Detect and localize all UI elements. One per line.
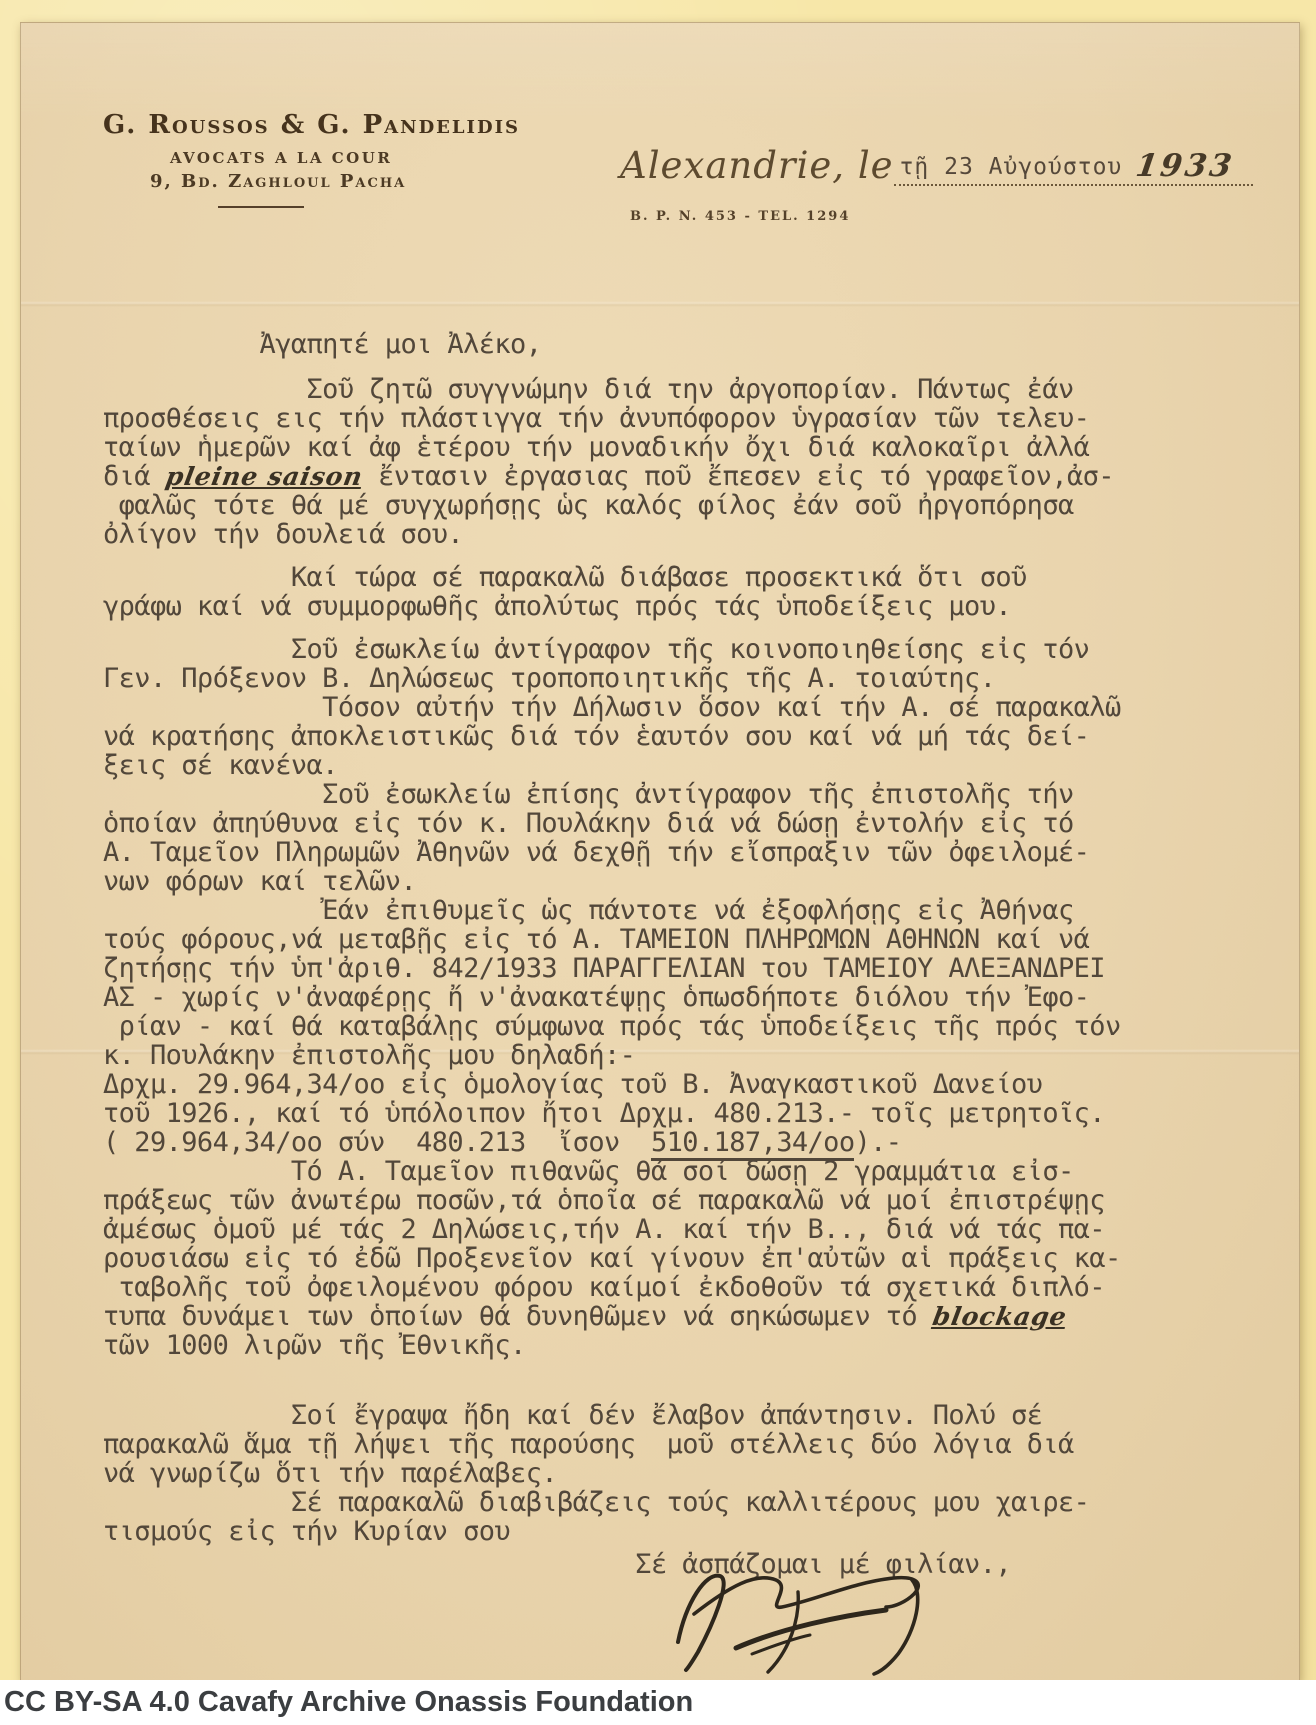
paragraph: Σοῦ ἐσωκλείω ἀντίγραφον τῆς κοινοποιηθεί…: [103, 635, 1121, 1360]
letterhead-profession: AVOCATS A LA COUR: [170, 149, 392, 167]
letterhead-divider: [218, 206, 304, 208]
letter-line: Τό Α. Ταμεῖον πιθανῶς θά σοί δώσῃ 2 γραμ…: [103, 1157, 1121, 1186]
letter-line: Σοῦ ἐσωκλείω ἀντίγραφον τῆς κοινοποιηθεί…: [103, 635, 1121, 664]
letter-line: ταβολῆς τοῦ ὀφειλομένου φόρου καίμοί ἐκδ…: [103, 1273, 1121, 1302]
letterhead-contact-line: B. P. N. 453 - TEL. 1294: [630, 209, 850, 224]
letter-line: Σοῦ ἐσωκλείω ἐπίσης ἀντίγραφον τῆς ἐπιστ…: [103, 780, 1121, 809]
dateline-handwritten-year: 1933: [1120, 148, 1237, 184]
dateline: Alexandrie, leτῇ 23 Αὐγούστου1933: [620, 144, 1253, 187]
letter-line: τυπα δυνάμει των ὁποίων θά δυνηθῶμεν νά …: [103, 1302, 1121, 1331]
letter-line: Τόσον αὐτήν τήν Δήλωσιν ὅσον καί τήν Α. …: [103, 693, 1121, 722]
dateline-typed-date: τῇ 23 Αὐγούστου: [900, 154, 1123, 180]
paragraph: Καί τώρα σέ παρακαλῶ διάβασε προσεκτικά …: [103, 563, 1121, 621]
paragraph: Ἀγαπητέ μοι Ἀλέκο,: [103, 330, 1121, 359]
letterhead-address: 9, Bd. Zaghloul Pacha: [150, 171, 406, 192]
letter-line: ἀμέσως ὁμοῦ μέ τάς 2 Δηλώσεις,τήν Α. καί…: [103, 1215, 1121, 1244]
letter-line: ὀλίγον τήν δουλειά σου.: [103, 520, 1121, 549]
letter-line: φαλῶς τότε θά μέ συγχωρήσῃς ὡς καλός φίλ…: [103, 491, 1121, 520]
letter-line: Σοῦ ζητῶ συγγνώμην διά την ἀργοπορίαν. Π…: [103, 375, 1121, 404]
letter-line: Ἐάν ἐπιθυμεῖς ὡς πάντοτε νά ἐξοφλήσῃς εἰ…: [103, 896, 1121, 925]
license-caption-bar: CC BY-SA 4.0 Cavafy Archive Onassis Foun…: [0, 1680, 1316, 1725]
letter-line: ταίων ἡμερῶν καί ἀφ ἑτέρου τήν μοναδικήν…: [103, 433, 1121, 462]
letter-line: ζητήσῃς τήν ὑπ'ἀριθ. 842/1933 ΠΑΡΑΓΓΕΛΙΑ…: [103, 954, 1121, 983]
letter-line: Α. Ταμεῖον Πληρωμῶν Ἀθηνῶν νά δεχθῇ τήν …: [103, 838, 1121, 867]
letter-line: Σοί ἔγραψα ἤδη καί δέν ἔλαβον ἀπάντησιν.…: [103, 1401, 1121, 1430]
letterhead-firm-name: G. Roussos & G. Pandelidis: [103, 110, 520, 140]
letter-line: τῶν 1000 λιρῶν τῆς Ἐθνικῆς.: [103, 1331, 1121, 1360]
letter-line: ρουσιάσω εἰς τό ἐδῶ Προξενεῖον καί γίνου…: [103, 1244, 1121, 1273]
letter-line: κ. Πουλάκην ἐπιστολῆς μου δηλαδή:-: [103, 1041, 1121, 1070]
letter-body: Ἀγαπητέ μοι Ἀλέκο, Σοῦ ζητῶ συγγνώμην δι…: [103, 330, 1121, 1579]
letter-line: Ἀγαπητέ μοι Ἀλέκο,: [103, 330, 1121, 359]
signature-scrawl: [648, 1550, 978, 1680]
letter-line: διά pleine saison ἔντασιν ἐργασιας ποῦ ἔ…: [103, 462, 1121, 491]
letter-line: Γεν. Πρόξενον Β. Δηλώσεως τροποποιητικῆς…: [103, 664, 1121, 693]
letter-line: τισμούς εἰς τήν Κυρίαν σου: [103, 1517, 1121, 1546]
letter-line: ρίαν - καί θά καταβάλῃς σύμφωνα πρός τάς…: [103, 1012, 1121, 1041]
letter-line: τοῦ 1926., καί τό ὑπόλοιπον ἤτοι Δρχμ. 4…: [103, 1099, 1121, 1128]
letter-line: πράξεως τῶν ἀνωτέρω ποσῶν,τά ὁποῖα σέ πα…: [103, 1186, 1121, 1215]
letter-line: ὁποίαν ἀπηύθυνα εἰς τόν κ. Πουλάκην διά …: [103, 809, 1121, 838]
letter-line: τούς φόρους,νά μεταβῇς εἰς τό Α. ΤΑΜΕΙΟΝ…: [103, 925, 1121, 954]
letter-line: γράφω καί νά συμμορφωθῆς ἀπολύτως πρός τ…: [103, 592, 1121, 621]
letter-line: ( 29.964,34/οο σύν 480.213 ἴσον 510.187,…: [103, 1128, 1121, 1157]
letter-line: νά κρατήσης ἀποκλειστικῶς διά τόν ἑαυτόν…: [103, 722, 1121, 751]
letter-line: νά γνωρίζω ὅτι τήν παρέλαβες.: [103, 1459, 1121, 1488]
letter-line: Καί τώρα σέ παρακαλῶ διάβασε προσεκτικά …: [103, 563, 1121, 592]
letter-line: ΑΣ - χωρίς ν'ἀναφέρῃς ἤ ν'ἀνακατέψῃς ὁπω…: [103, 983, 1121, 1012]
dateline-fill-line: τῇ 23 Αὐγούστου1933: [894, 163, 1253, 186]
paragraph: Σοί ἔγραψα ἤδη καί δέν ἔλαβον ἀπάντησιν.…: [103, 1401, 1121, 1546]
letter-line: παρακαλῶ ἅμα τῇ λήψει τῆς παρούσης μοῦ σ…: [103, 1430, 1121, 1459]
letter-line: ξεις σέ κανένα.: [103, 751, 1121, 780]
paper-crease-top: [21, 301, 1299, 307]
license-caption-text: CC BY-SA 4.0 Cavafy Archive Onassis Foun…: [4, 1686, 693, 1719]
letter-line: Δρχμ. 29.964,34/οο εἰς ὁμολογίας τοῦ Β. …: [103, 1070, 1121, 1099]
handwritten-insert: blockage: [930, 1302, 1069, 1331]
dateline-printed-text: Alexandrie, le: [620, 144, 894, 187]
handwritten-insert: pleine saison: [163, 462, 365, 491]
letter-line: προσθέσεις εις τήν πλάστιγγα τήν ἀνυπόφο…: [103, 404, 1121, 433]
letter-line: νων φόρων καί τελῶν.: [103, 867, 1121, 896]
letter-line: Σέ παρακαλῶ διαβιβάζεις τούς καλλιτέρους…: [103, 1488, 1121, 1517]
paragraph: Σοῦ ζητῶ συγγνώμην διά την ἀργοπορίαν. Π…: [103, 375, 1121, 549]
